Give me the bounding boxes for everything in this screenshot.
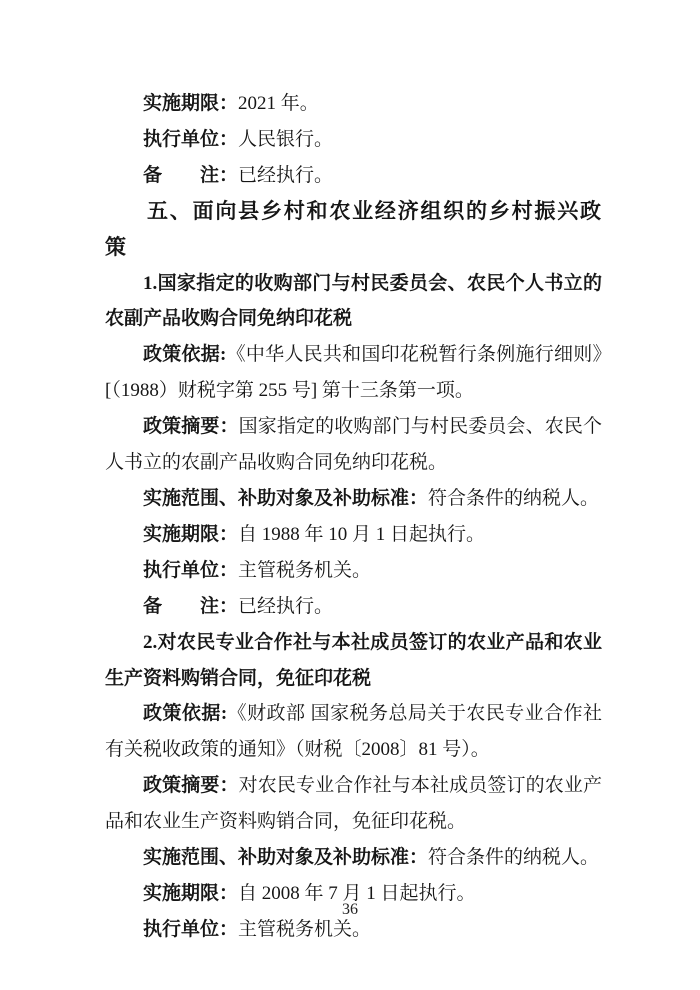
field-label: 实施范围、补助对象及补助标准： [143,847,428,868]
field-label: 政策依据: [143,344,226,365]
section-heading: 五、面向县乡村和农业经济组织的乡村振兴政策 [105,194,602,266]
item-heading: 2.对农民专业合作社与本社成员签订的农业产品和农业生产资料购销合同，免征印花税 [105,625,602,697]
field-value: 已经执行。 [238,165,333,186]
field-paragraph: 实施期限：2021 年。 [105,86,602,122]
field-label: 实施范围、补助对象及补助标准： [143,488,428,509]
field-paragraph: 实施范围、补助对象及补助标准：符合条件的纳税人。 [105,840,602,876]
field-label: 执行单位： [143,919,238,940]
field-paragraph: 政策依据:《财政部 国家税务总局关于农民专业合作社有关税收政策的通知》（财税〔2… [105,696,602,768]
field-label: 执行单位： [143,560,238,581]
field-paragraph: 实施期限：自 1988 年 10 月 1 日起执行。 [105,517,602,553]
heading-text: 1.国家指定的收购部门与村民委员会、农民个人书立的农副产品收购合同免纳印花税 [105,273,602,330]
field-value: 已经执行。 [238,596,333,617]
field-value: 自 1988 年 10 月 1 日起执行。 [238,524,485,545]
field-value: 符合条件的纳税人。 [428,488,599,509]
field-label: 政策依据: [143,703,227,724]
field-label: 政策摘要： [143,416,239,437]
heading-text: 五、面向县乡村和农业经济组织的乡村振兴政策 [105,200,602,259]
field-value: 主管税务机关。 [238,919,371,940]
item-heading: 1.国家指定的收购部门与村民委员会、农民个人书立的农副产品收购合同免纳印花税 [105,266,602,338]
page-number: 36 [0,901,700,919]
field-value: 2021 年。 [238,93,319,114]
field-paragraph: 备 注：已经执行。 [105,158,602,194]
document-body: 实施期限：2021 年。执行单位：人民银行。备 注：已经执行。五、面向县乡村和农… [105,86,602,948]
field-value: 符合条件的纳税人。 [428,847,599,868]
heading-text: 2.对农民专业合作社与本社成员签订的农业产品和农业生产资料购销合同，免征印花税 [105,632,602,689]
field-label: 执行单位： [143,129,238,150]
document-page: 实施期限：2021 年。执行单位：人民银行。备 注：已经执行。五、面向县乡村和农… [0,0,700,990]
field-paragraph: 备 注：已经执行。 [105,589,602,625]
field-paragraph: 实施范围、补助对象及补助标准：符合条件的纳税人。 [105,481,602,517]
field-label: 实施期限： [143,524,238,545]
field-paragraph: 政策摘要：国家指定的收购部门与村民委员会、农民个人书立的农副产品收购合同免纳印花… [105,409,602,481]
field-value: 主管税务机关。 [238,560,371,581]
field-paragraph: 执行单位：人民银行。 [105,122,602,158]
field-label: 实施期限： [143,93,238,114]
field-label: 备 注： [143,165,238,186]
field-label: 备 注： [143,596,238,617]
field-paragraph: 政策摘要：对农民专业合作社与本社成员签订的农业产品和农业生产资料购销合同，免征印… [105,768,602,840]
field-paragraph: 政策依据:《中华人民共和国印花税暂行条例施行细则》[（1988）财税字第 255… [105,337,602,409]
field-value: 人民银行。 [238,129,333,150]
field-paragraph: 执行单位：主管税务机关。 [105,553,602,589]
field-label: 政策摘要： [143,775,239,796]
